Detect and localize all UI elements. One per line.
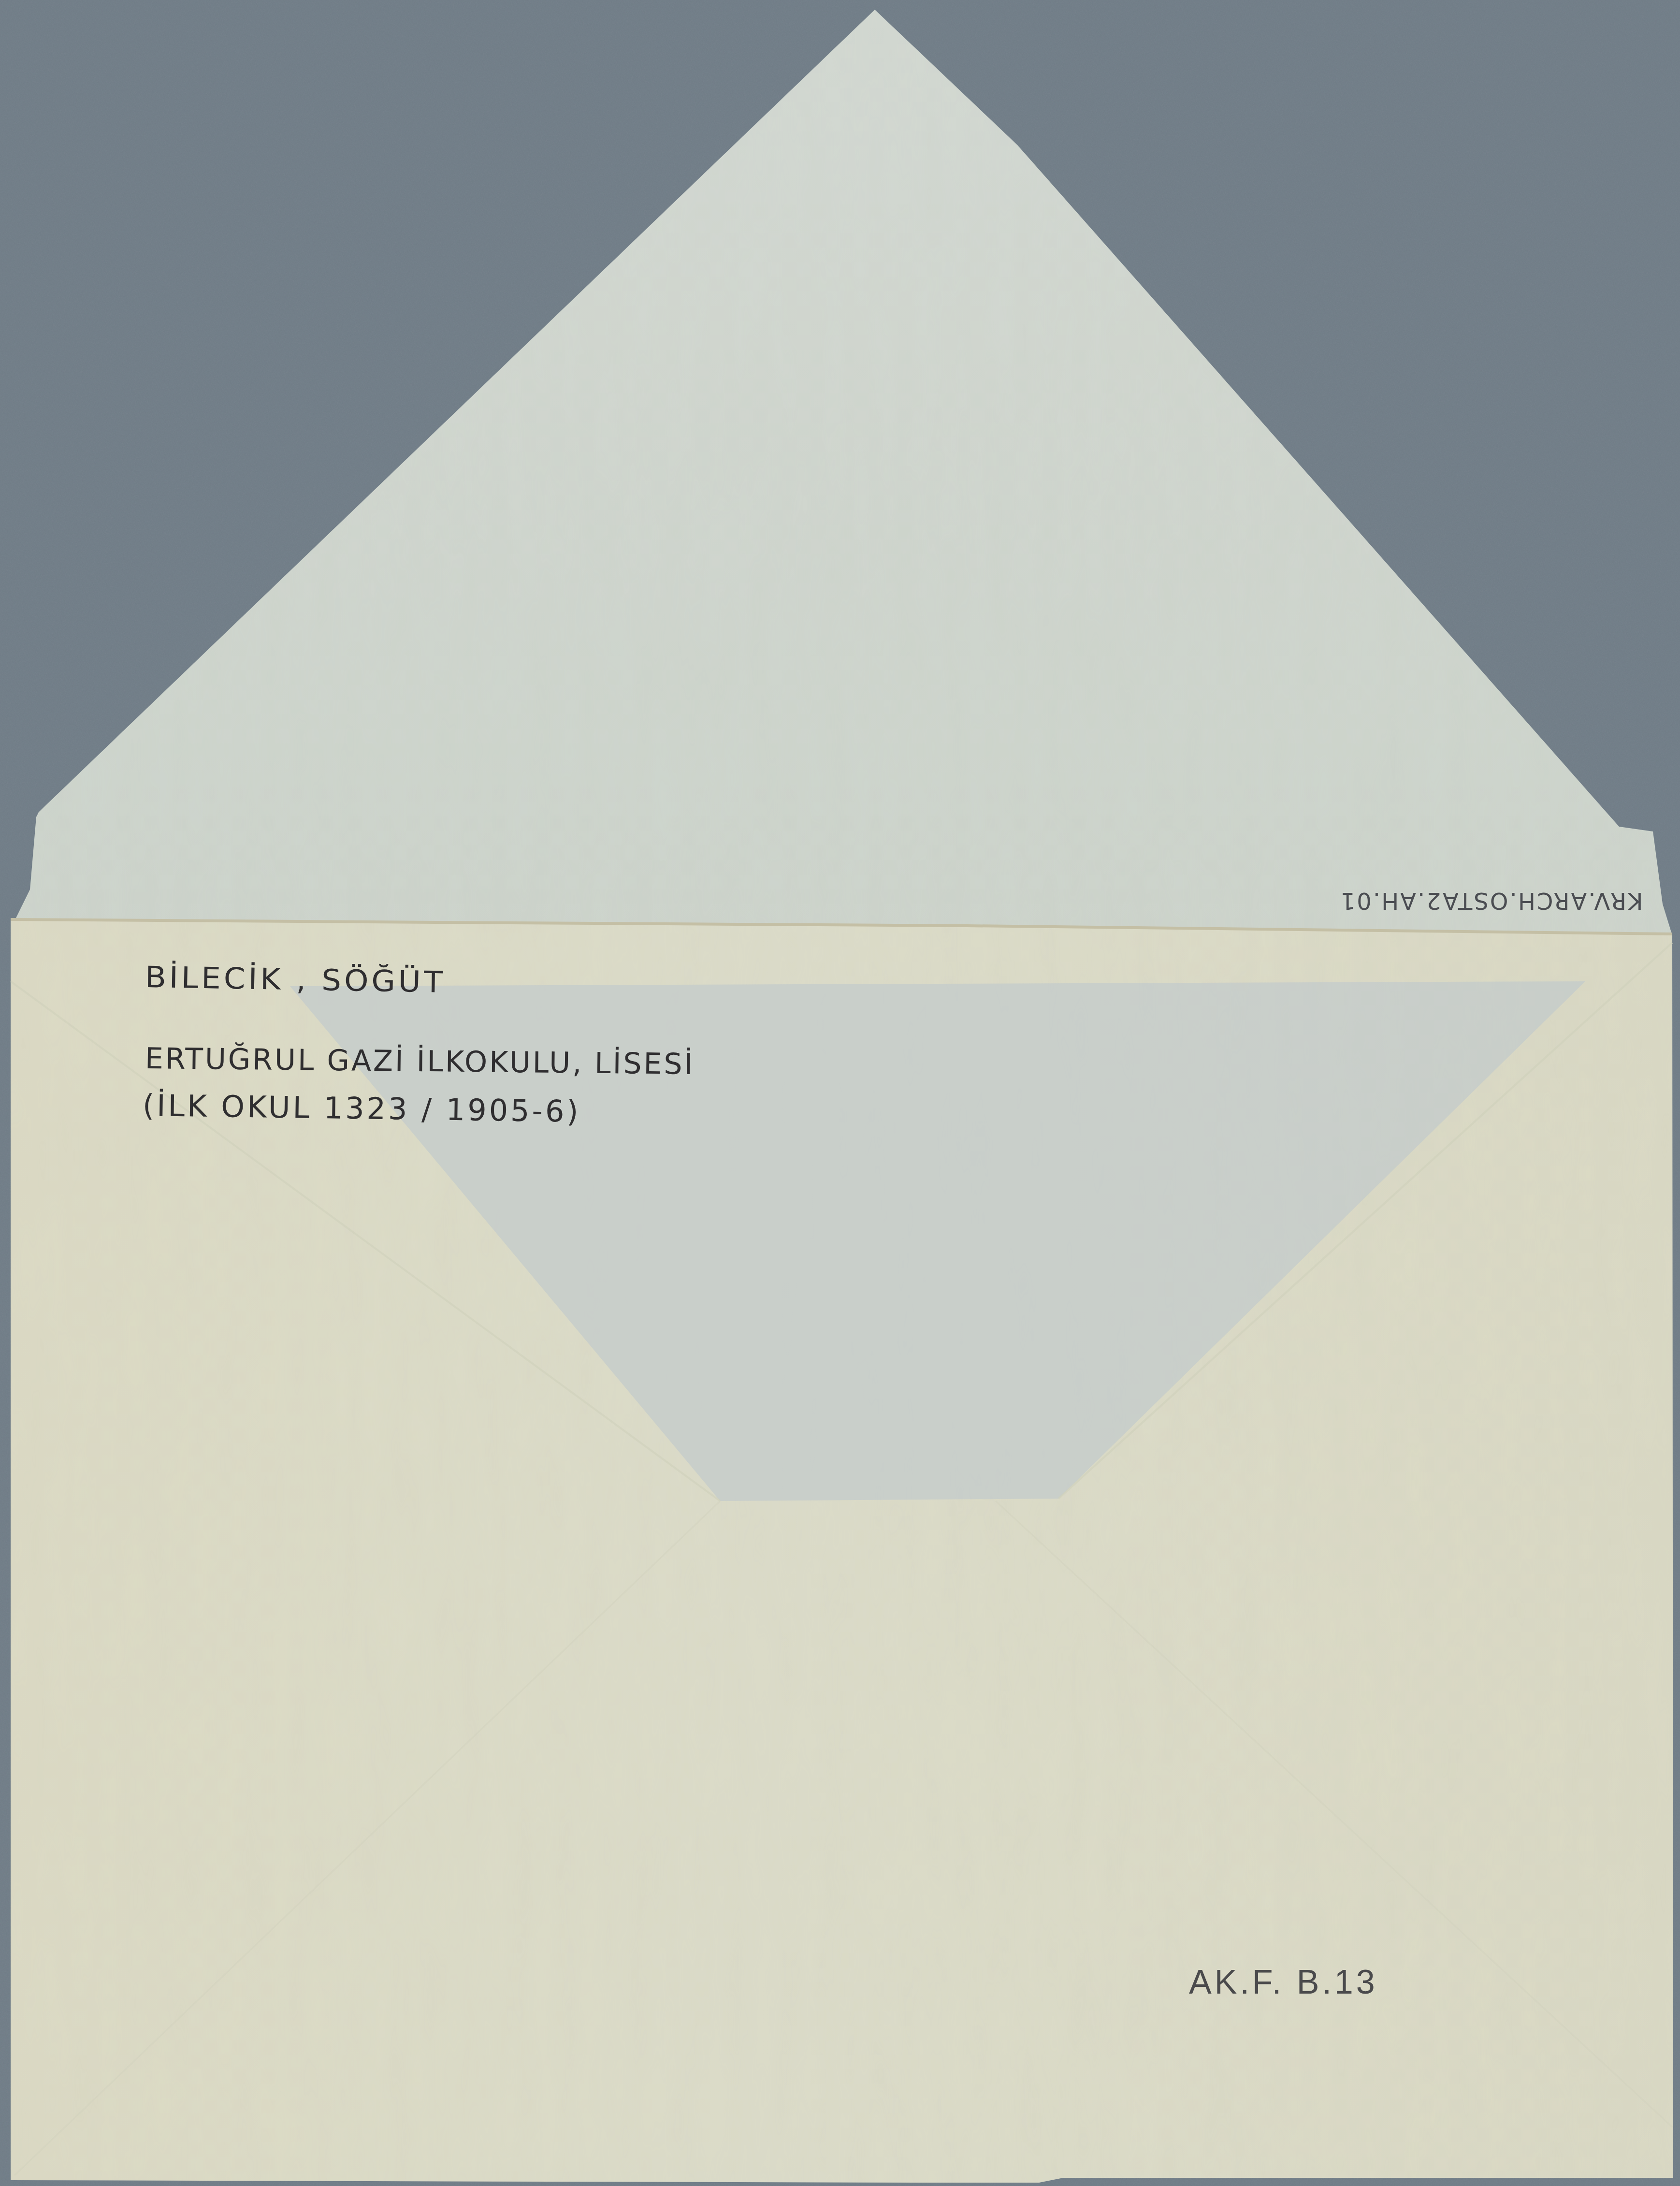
note-school-name: ERTUĞRUL GAZİ İLKOKULU, LİSESİ [145, 1042, 695, 1081]
catalog-label: AK.F. B.13 [1189, 1963, 1378, 2001]
note-location: BİLECİK , SÖĞÜT [145, 961, 446, 1000]
note-founding-date: (İLK OKUL 1323 / 1905-6) [142, 1088, 581, 1129]
flap-archive-code: KRV.ARCH.OSTA2.AH.01 [1324, 887, 1658, 914]
